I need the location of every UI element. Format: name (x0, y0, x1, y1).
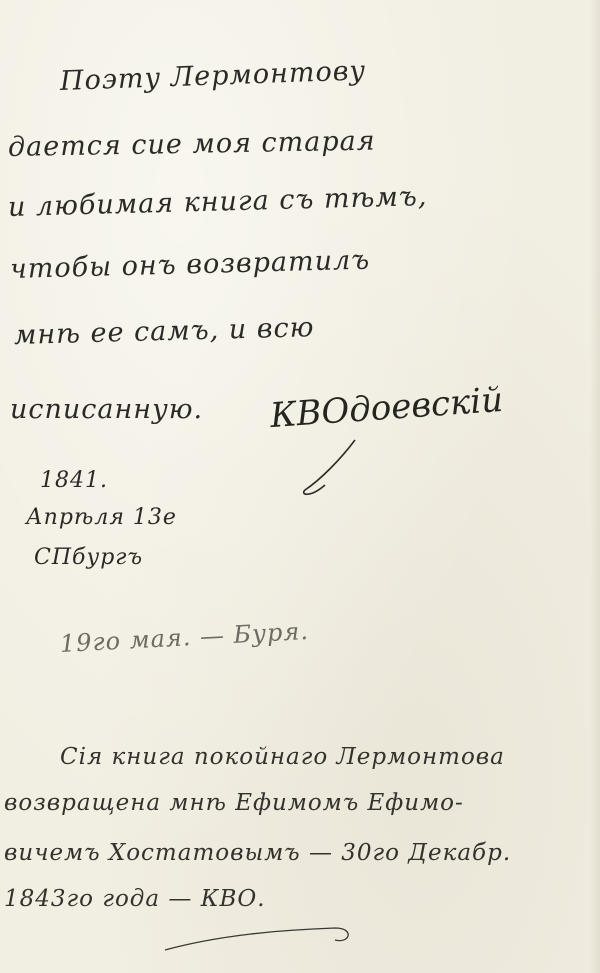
signature-odoevsky: КВОдоевскій (269, 380, 504, 436)
inscription-line-1: Поэту Лермонтову (59, 55, 366, 97)
inscription-line-4: чтобы онъ возвратилъ (10, 245, 371, 285)
return-note-flourish (160, 920, 360, 960)
manuscript-page: Поэту Лермонтову дается сие моя старая и… (0, 0, 600, 973)
dateline-date: Апрѣля 13е (26, 505, 177, 530)
page-edge (590, 0, 600, 973)
return-note-line-2: возвращена мнѣ Ефимомъ Ефимо- (4, 790, 464, 816)
return-note-line-3: вичемъ Хостатовымъ — 30го Декабр. (4, 840, 511, 866)
inscription-line-2: дается сие моя старая (8, 126, 376, 163)
return-note-line-4: 1843го года — КВО. (4, 886, 266, 912)
pencil-note: 19го мая. — Буря. (59, 617, 309, 658)
inscription-line-6: исписанную. (10, 394, 203, 425)
dateline-year: 1841. (40, 468, 108, 493)
inscription-line-5: мнѣ ее самъ, и всю (14, 312, 315, 351)
inscription-line-3: и любимая книга съ тѣмъ, (8, 181, 428, 223)
signature-flourish (300, 440, 380, 500)
return-note-line-1: Сiя книга покойнаго Лермонтова (60, 744, 505, 770)
dateline-place: СПбургъ (34, 545, 143, 570)
